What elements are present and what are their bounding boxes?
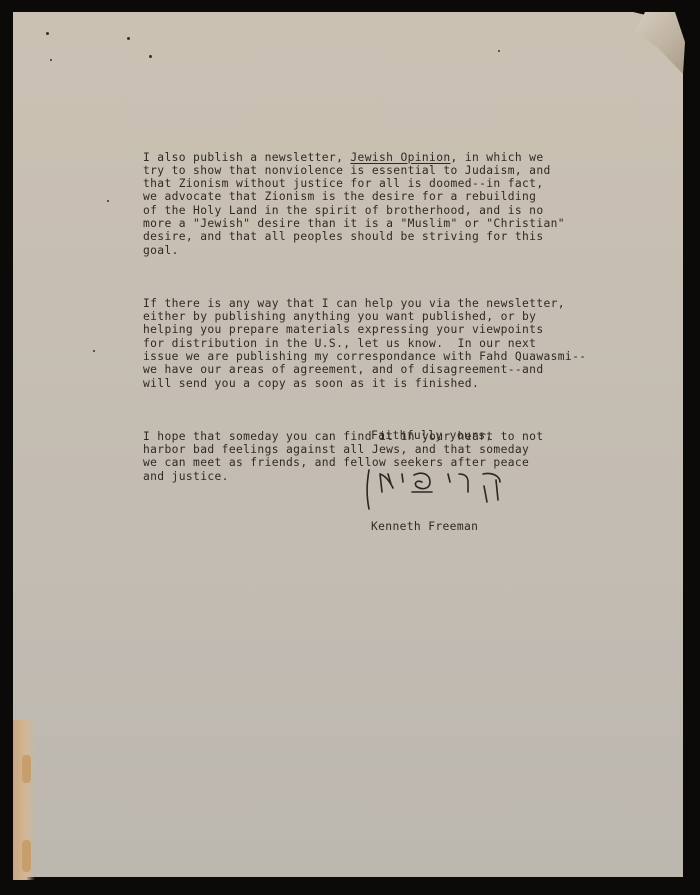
newsletter-title: Jewish Opinion <box>350 151 450 164</box>
text-line: we have our areas of agreement, and of d… <box>143 363 663 376</box>
text-line: of the Holy Land in the spirit of brothe… <box>143 204 663 217</box>
signatory-name: Kenneth Freeman <box>371 520 478 533</box>
paper-speck <box>127 37 130 40</box>
paper-speck <box>498 50 500 52</box>
text-span: I also publish a newsletter, <box>143 151 350 164</box>
paper-speck <box>93 350 95 352</box>
text-line: helping you prepare materials expressing… <box>143 323 663 336</box>
text-line: that Zionism without justice for all is … <box>143 177 663 190</box>
closing-salutation: Faithfully yours, <box>371 429 493 442</box>
letter-body: I also publish a newsletter, Jewish Opin… <box>143 124 663 510</box>
text-line: desire, and that all peoples should be s… <box>143 230 663 243</box>
text-line: either by publishing anything you want p… <box>143 310 663 323</box>
text-line: goal. <box>143 244 663 257</box>
text-line: harbor bad feelings against all Jews, an… <box>143 443 663 456</box>
paper-speck <box>46 32 49 35</box>
staple-tear <box>22 755 31 783</box>
text-line: more a "Jewish" desire than it is a "Mus… <box>143 217 663 230</box>
text-line: for distribution in the U.S., let us kno… <box>143 337 663 350</box>
staple-tear <box>22 840 31 872</box>
paragraph-newsletter: I also publish a newsletter, Jewish Opin… <box>143 151 663 257</box>
text-line: will send you a copy as soon as it is fi… <box>143 377 663 390</box>
text-line: try to show that nonviolence is essentia… <box>143 164 663 177</box>
text-line: If there is any way that I can help you … <box>143 297 663 310</box>
paper-speck <box>149 55 152 58</box>
text-line: we advocate that Zionism is the desire f… <box>143 190 663 203</box>
handwritten-signature <box>360 462 520 514</box>
text-line: issue we are publishing my correspondanc… <box>143 350 663 363</box>
paper-speck <box>50 59 52 61</box>
paper-speck <box>107 200 109 202</box>
text-span: , in which we <box>451 151 544 164</box>
text-line: I also publish a newsletter, Jewish Opin… <box>143 151 663 164</box>
paragraph-offer-help: If there is any way that I can help you … <box>143 297 663 390</box>
